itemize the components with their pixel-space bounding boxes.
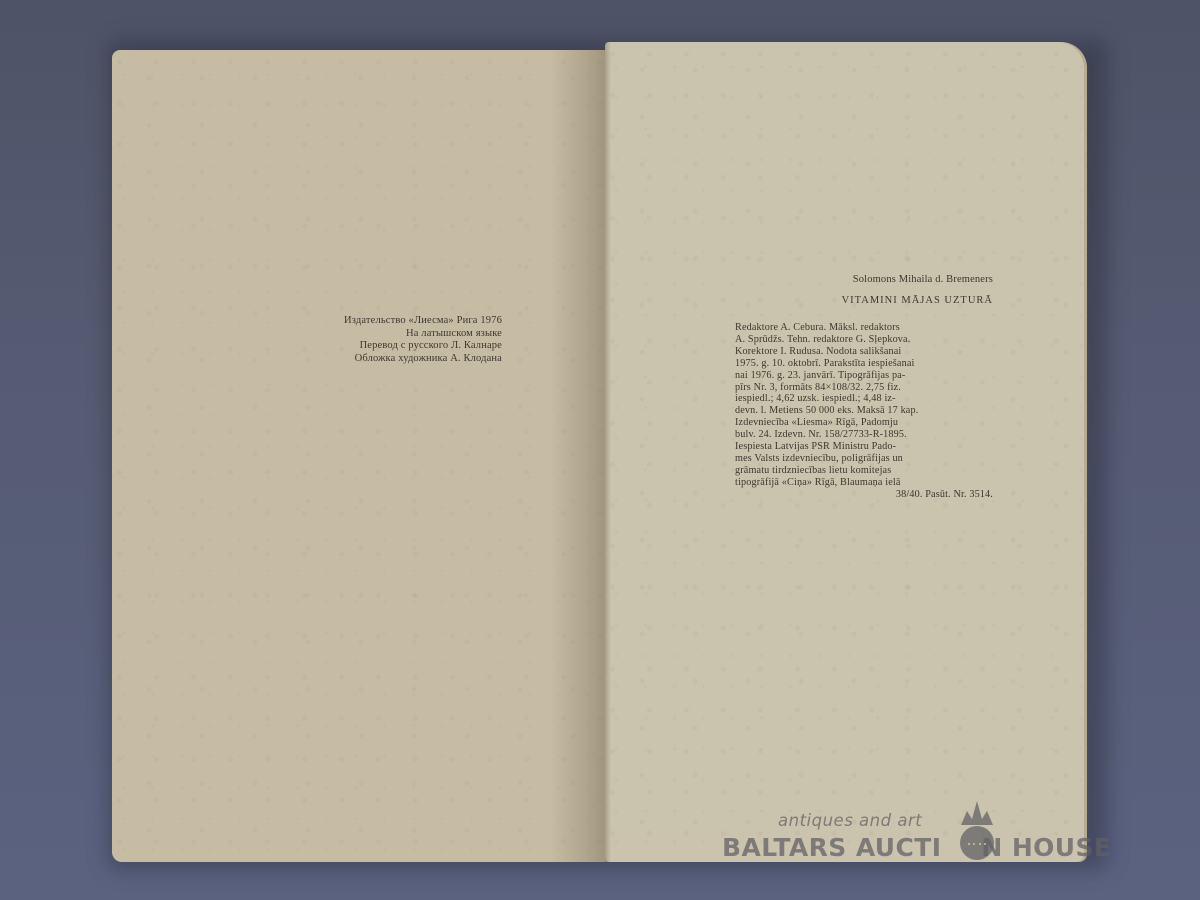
left-page: Издательство «Лиесма» Рига 1976 На латыш… <box>112 50 608 862</box>
left-imprint-block: Издательство «Лиесма» Рига 1976 На латыш… <box>282 315 502 365</box>
right-page: Solomons Mihaila d. Bremeners VITAMINI M… <box>605 42 1087 862</box>
colophon-line: grāmatu tirdzniecības lietu komitejas <box>735 465 993 477</box>
photo-scene: Издательство «Лиесма» Рига 1976 На латыш… <box>0 0 1200 900</box>
colophon-line-last: 38/40. Pasūt. Nr. 3514. <box>735 489 993 501</box>
colophon-line: bulv. 24. Izdevn. Nr. 158/27733-R-1895. <box>735 429 993 441</box>
watermark-tagline: antiques and art <box>778 811 922 830</box>
colophon-line: iespiedl.; 4,62 uzsk. iespiedl.; 4,48 iz… <box>735 393 993 405</box>
imprint-line-language: На латышском языке <box>282 328 502 341</box>
watermark-brand-part1: BALTARS AUCTI <box>722 833 941 862</box>
colophon-line: devn. l. Metiens 50 000 eks. Maksā 17 ka… <box>735 405 993 417</box>
watermark-brand: BALTARS AUCTIN HOUSE <box>722 833 1111 862</box>
imprint-line-translator: Перевод с русского Л. Калнаре <box>282 340 502 353</box>
colophon-line: mes Valsts izdevniecību, poligrāfijas un <box>735 453 993 465</box>
book-title: VITAMINI MĀJAS UZTURĀ <box>735 295 993 308</box>
book-author: Solomons Mihaila d. Bremeners <box>735 274 993 287</box>
imprint-line-cover-artist: Обложка художника А. Клодана <box>282 353 502 366</box>
colophon-line: Redaktore A. Cebura. Māksl. redaktors <box>735 322 993 334</box>
colophon-line: pīrs Nr. 3, formāts 84×108/32. 2,75 fiz. <box>735 382 993 394</box>
colophon-line: 1975. g. 10. oktobrī. Parakstīta iespieš… <box>735 358 993 370</box>
colophon-line: A. Sprūdžs. Tehn. redaktore G. Sļepkova. <box>735 334 993 346</box>
colophon-line: Iespiesta Latvijas PSR Ministru Pado- <box>735 441 993 453</box>
colophon-block: Redaktore A. Cebura. Māksl. redaktors A.… <box>735 322 993 501</box>
spine-edge <box>605 42 611 862</box>
colophon-line: tipogrāfijā «Ciņa» Rīgā, Blaumaņa ielā <box>735 477 993 489</box>
crown-icon <box>959 799 995 865</box>
colophon-line: Korektore I. Rudusa. Nodota salikšanai <box>735 346 993 358</box>
colophon-line: Izdevniecība «Liesma» Rīgā, Padomju <box>735 417 993 429</box>
right-header-block: Solomons Mihaila d. Bremeners VITAMINI M… <box>735 274 993 307</box>
auction-house-watermark: antiques and art BALTARS AUCTIN HOUSE <box>722 805 1122 875</box>
colophon-line: nai 1976. g. 23. janvārī. Tipogrāfijas p… <box>735 370 993 382</box>
gutter-shadow <box>550 50 608 862</box>
imprint-line-publisher: Издательство «Лиесма» Рига 1976 <box>282 315 502 328</box>
watermark-brand-part2: N HOUSE <box>981 833 1111 862</box>
